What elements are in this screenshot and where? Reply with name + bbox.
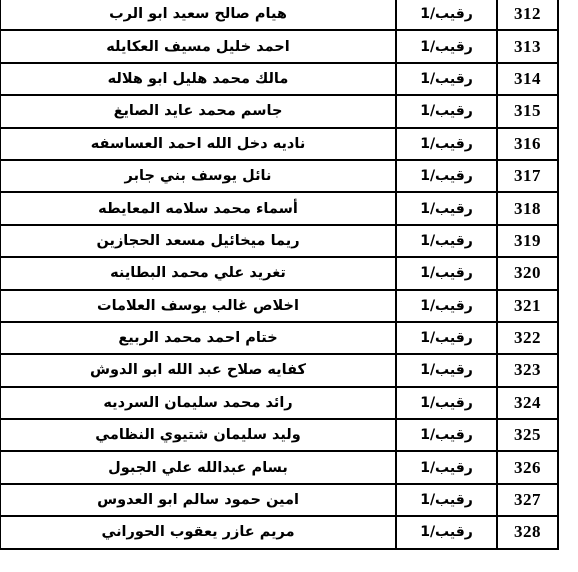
table-row: 328 رقيب/1 مريم عازر يعقوب الحوراني bbox=[0, 516, 558, 548]
name-cell: مالك محمد هليل ابو هلاله bbox=[0, 63, 396, 95]
serial-number-cell: 324 bbox=[497, 387, 558, 419]
rank-cell: رقيب/1 bbox=[396, 225, 497, 257]
name-cell: امين حمود سالم ابو العدوس bbox=[0, 484, 396, 516]
rank-cell: رقيب/1 bbox=[396, 419, 497, 451]
name-cell: جاسم محمد عايد الصايغ bbox=[0, 95, 396, 127]
table-row: 314 رقيب/1 مالك محمد هليل ابو هلاله bbox=[0, 63, 558, 95]
name-cell: اخلاص غالب يوسف العلامات bbox=[0, 290, 396, 322]
table-row: 322 رقيب/1 ختام احمد محمد الربيع bbox=[0, 322, 558, 354]
table-row: 320 رقيب/1 تغريد علي محمد البطاينه bbox=[0, 257, 558, 289]
name-cell: وليد سليمان شتيوي النظامي bbox=[0, 419, 396, 451]
table-row: 313 رقيب/1 احمد خليل مسيف العكايله bbox=[0, 30, 558, 62]
serial-number-cell: 315 bbox=[497, 95, 558, 127]
serial-number-cell: 320 bbox=[497, 257, 558, 289]
serial-number-cell: 312 bbox=[497, 0, 558, 30]
table-row: 318 رقيب/1 أسماء محمد سلامه المعايطه bbox=[0, 192, 558, 224]
rank-cell: رقيب/1 bbox=[396, 387, 497, 419]
serial-number-cell: 314 bbox=[497, 63, 558, 95]
table-row: 319 رقيب/1 ريما ميخائيل مسعد الحجازين bbox=[0, 225, 558, 257]
table-row: 312 رقيب/1 هيام صالح سعيد ابو الرب bbox=[0, 0, 558, 30]
name-cell: نائل يوسف بني جابر bbox=[0, 160, 396, 192]
serial-number-cell: 319 bbox=[497, 225, 558, 257]
name-cell: احمد خليل مسيف العكايله bbox=[0, 30, 396, 62]
name-cell: بسام عبدالله علي الجبول bbox=[0, 451, 396, 483]
serial-number-cell: 325 bbox=[497, 419, 558, 451]
rank-cell: رقيب/1 bbox=[396, 95, 497, 127]
name-cell: ختام احمد محمد الربيع bbox=[0, 322, 396, 354]
name-cell: ريما ميخائيل مسعد الحجازين bbox=[0, 225, 396, 257]
rank-cell: رقيب/1 bbox=[396, 451, 497, 483]
table-row: 316 رقيب/1 ناديه دخل الله احمد العساسفه bbox=[0, 128, 558, 160]
table-row: 326 رقيب/1 بسام عبدالله علي الجبول bbox=[0, 451, 558, 483]
rank-cell: رقيب/1 bbox=[396, 484, 497, 516]
rank-cell: رقيب/1 bbox=[396, 257, 497, 289]
table-row: 323 رقيب/1 كفايه صلاح عبد الله ابو الدوش bbox=[0, 354, 558, 386]
rank-cell: رقيب/1 bbox=[396, 516, 497, 548]
serial-number-cell: 326 bbox=[497, 451, 558, 483]
rank-cell: رقيب/1 bbox=[396, 160, 497, 192]
serial-number-cell: 313 bbox=[497, 30, 558, 62]
name-cell: كفايه صلاح عبد الله ابو الدوش bbox=[0, 354, 396, 386]
name-cell: مريم عازر يعقوب الحوراني bbox=[0, 516, 396, 548]
rank-cell: رقيب/1 bbox=[396, 192, 497, 224]
table-row: 315 رقيب/1 جاسم محمد عايد الصايغ bbox=[0, 95, 558, 127]
serial-number-cell: 318 bbox=[497, 192, 558, 224]
rank-cell: رقيب/1 bbox=[396, 63, 497, 95]
table-row: 317 رقيب/1 نائل يوسف بني جابر bbox=[0, 160, 558, 192]
rank-cell: رقيب/1 bbox=[396, 354, 497, 386]
rank-cell: رقيب/1 bbox=[396, 30, 497, 62]
table-row: 324 رقيب/1 رائد محمد سليمان السرديه bbox=[0, 387, 558, 419]
name-cell: هيام صالح سعيد ابو الرب bbox=[0, 0, 396, 30]
document-page: 312 رقيب/1 هيام صالح سعيد ابو الرب 313 ر… bbox=[0, 0, 578, 572]
table-row: 327 رقيب/1 امين حمود سالم ابو العدوس bbox=[0, 484, 558, 516]
name-cell: ناديه دخل الله احمد العساسفه bbox=[0, 128, 396, 160]
name-cell: رائد محمد سليمان السرديه bbox=[0, 387, 396, 419]
name-cell: أسماء محمد سلامه المعايطه bbox=[0, 192, 396, 224]
serial-number-cell: 316 bbox=[497, 128, 558, 160]
rank-cell: رقيب/1 bbox=[396, 322, 497, 354]
rank-cell: رقيب/1 bbox=[396, 0, 497, 30]
serial-number-cell: 321 bbox=[497, 290, 558, 322]
roster-table: 312 رقيب/1 هيام صالح سعيد ابو الرب 313 ر… bbox=[0, 0, 559, 550]
rank-cell: رقيب/1 bbox=[396, 128, 497, 160]
name-cell: تغريد علي محمد البطاينه bbox=[0, 257, 396, 289]
serial-number-cell: 322 bbox=[497, 322, 558, 354]
table-row: 321 رقيب/1 اخلاص غالب يوسف العلامات bbox=[0, 290, 558, 322]
table-row: 325 رقيب/1 وليد سليمان شتيوي النظامي bbox=[0, 419, 558, 451]
rank-cell: رقيب/1 bbox=[396, 290, 497, 322]
serial-number-cell: 323 bbox=[497, 354, 558, 386]
serial-number-cell: 327 bbox=[497, 484, 558, 516]
serial-number-cell: 317 bbox=[497, 160, 558, 192]
serial-number-cell: 328 bbox=[497, 516, 558, 548]
roster-table-body: 312 رقيب/1 هيام صالح سعيد ابو الرب 313 ر… bbox=[0, 0, 558, 549]
